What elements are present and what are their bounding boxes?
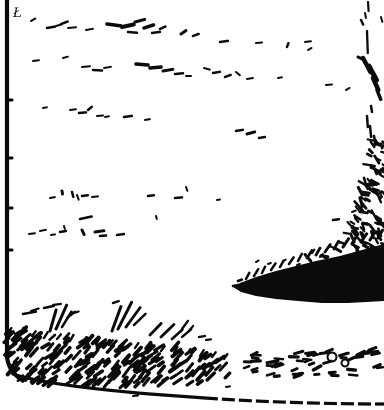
plate-mark: Ł [12, 6, 22, 21]
engraving-image: Ł [0, 0, 384, 410]
engraving-svg: Ł [0, 0, 384, 410]
